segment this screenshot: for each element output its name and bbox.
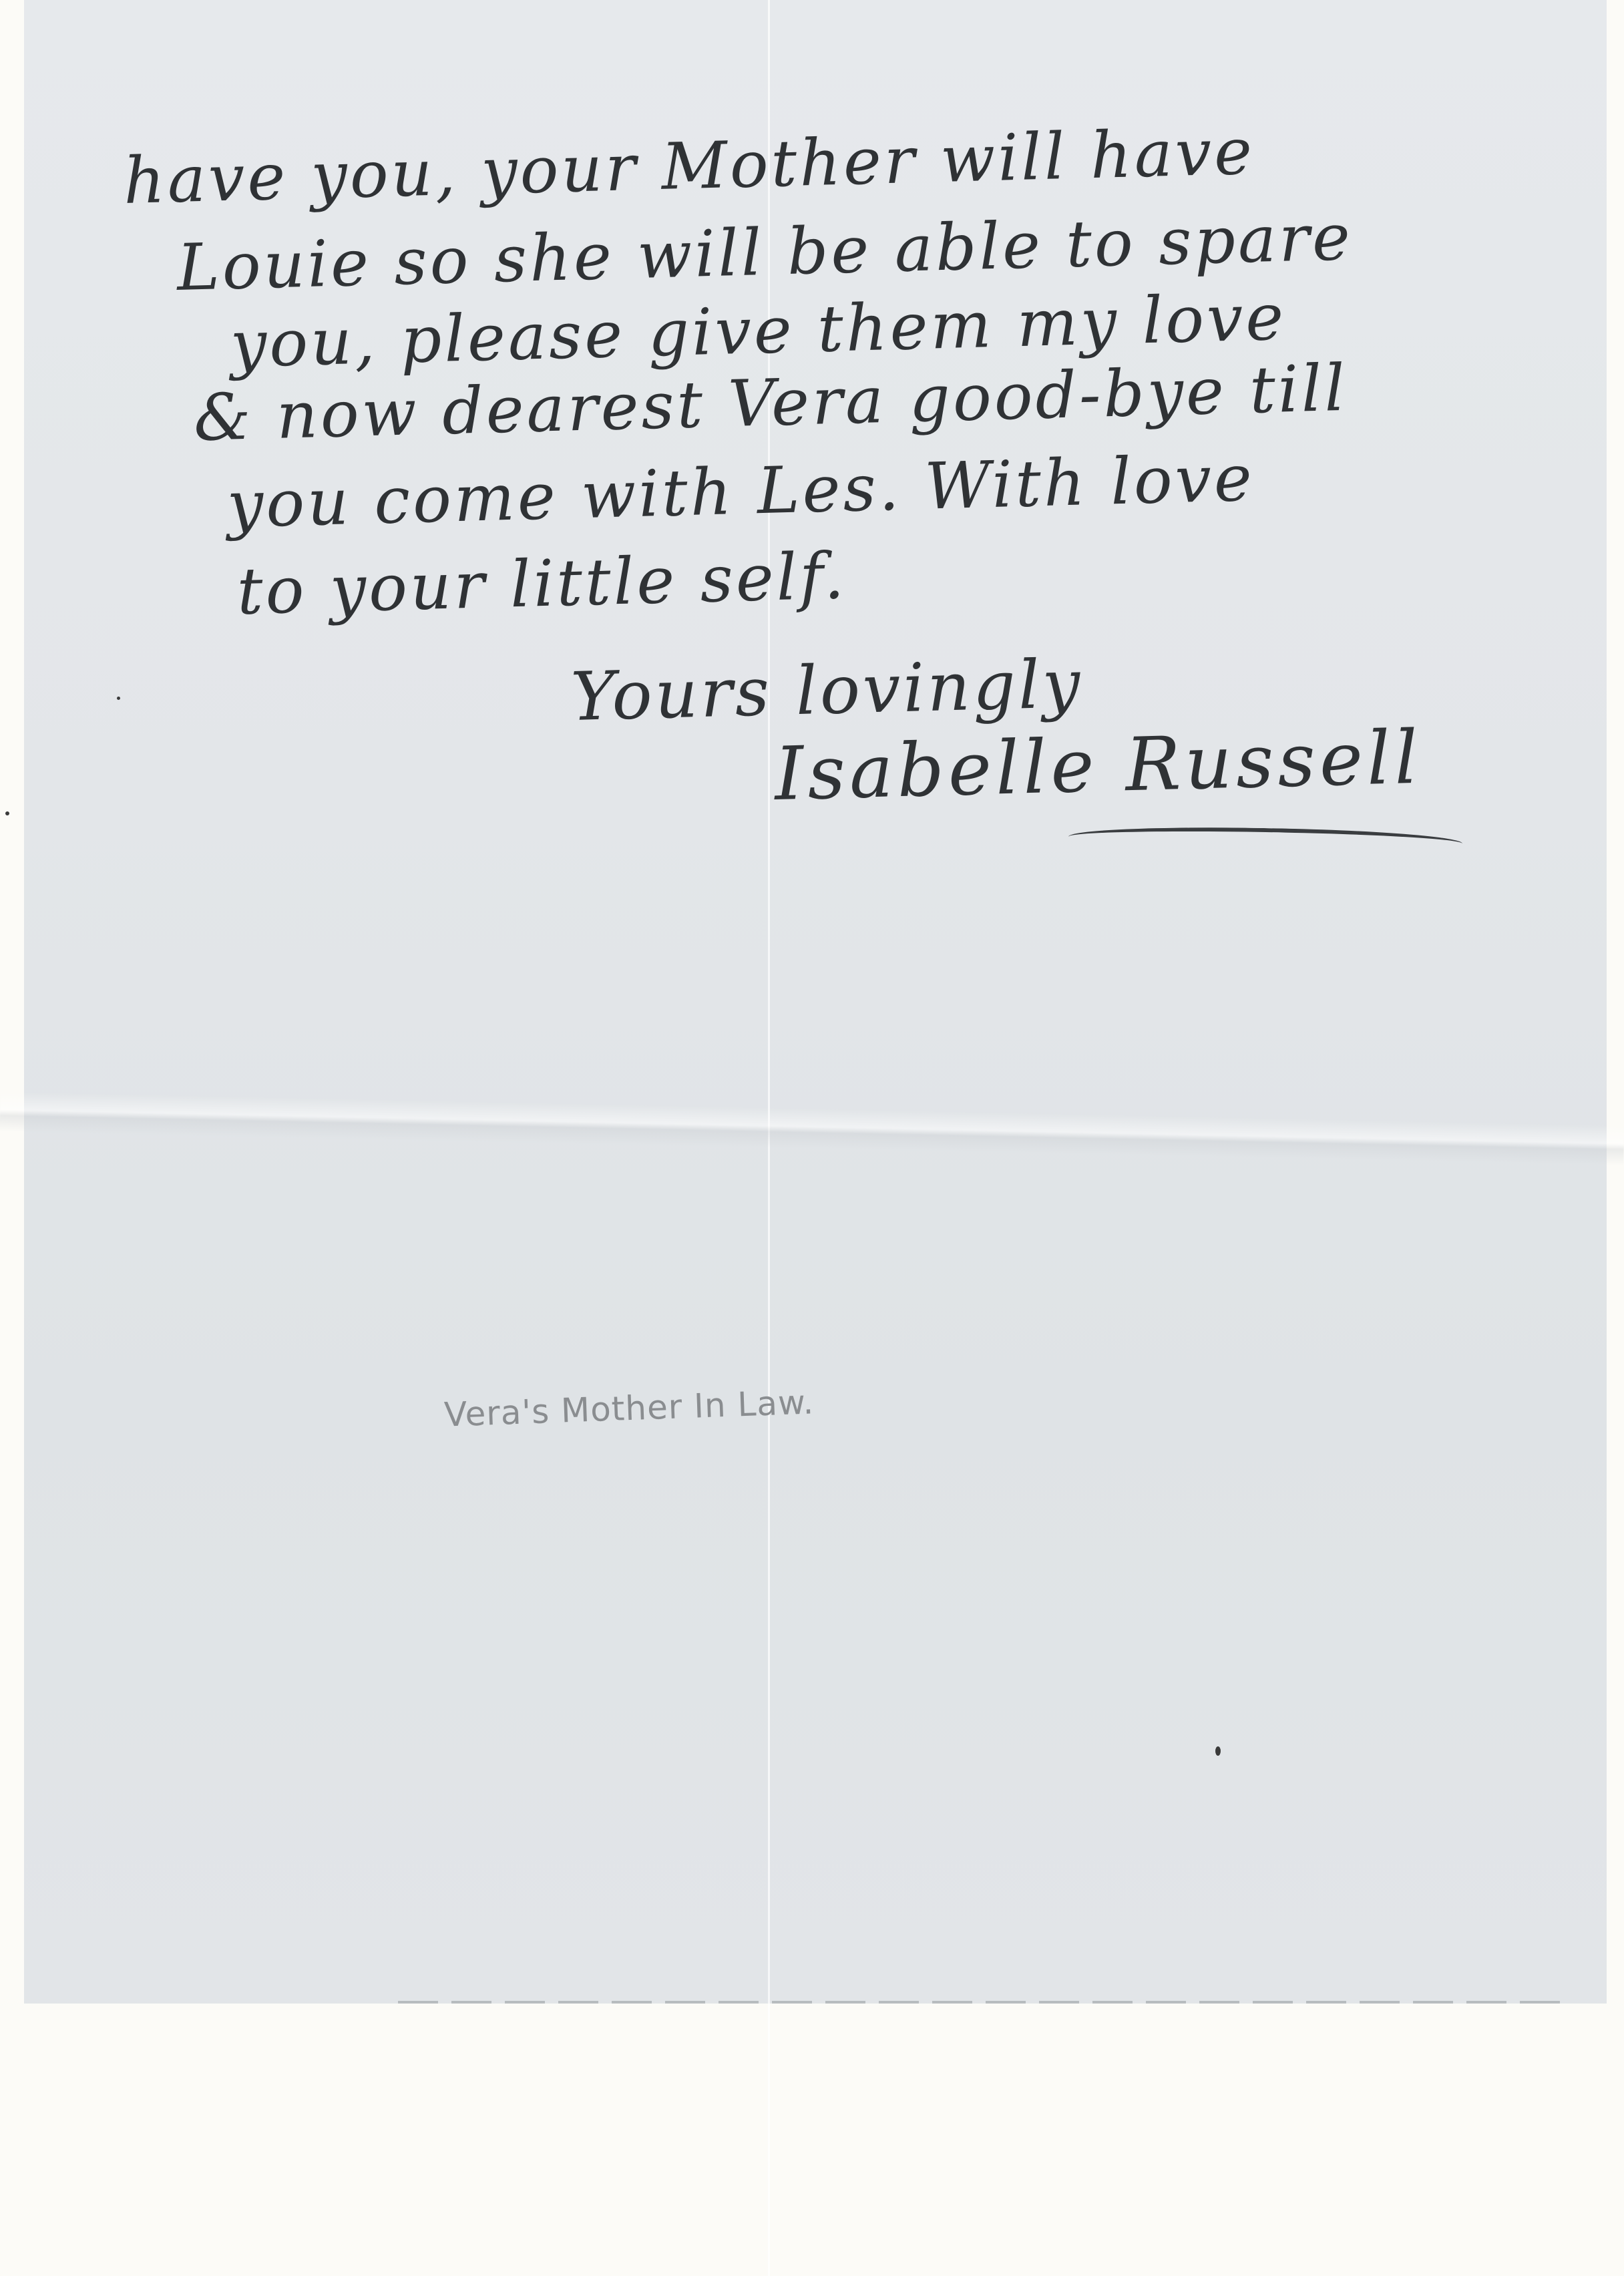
ink-speck — [1215, 1746, 1221, 1756]
letter-closing: Yours lovingly — [570, 644, 1083, 736]
letter-signature: Isabelle Russell — [773, 715, 1422, 817]
ink-speck — [5, 811, 9, 815]
letter-page: have you, your Mother will have Louie so… — [0, 0, 1624, 2276]
ink-speck — [117, 697, 120, 700]
letter-line-6: to your little self. — [236, 538, 848, 629]
